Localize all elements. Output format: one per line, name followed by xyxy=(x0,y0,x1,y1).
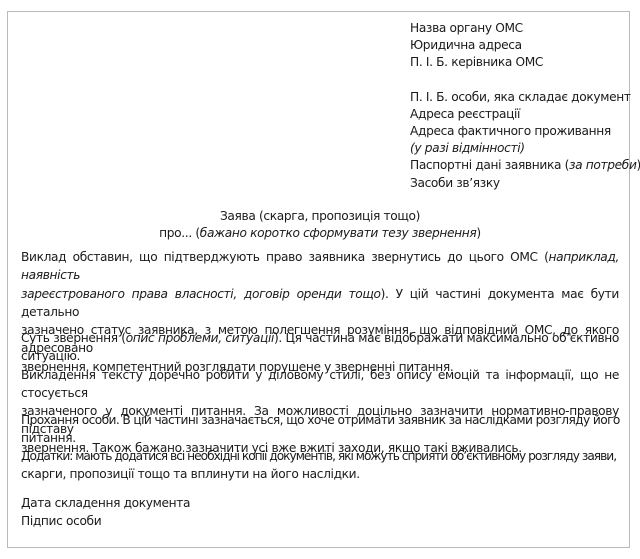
signature-line: Підпис особи xyxy=(21,512,619,530)
document-subject: про... (бажано коротко сформувати тезу з… xyxy=(0,224,640,242)
footer-block: Дата складення документа Підпис особи xyxy=(21,494,619,531)
recipient-legal-address: Юридична адреса xyxy=(410,37,640,54)
sender-contacts: Засоби зв’язку xyxy=(410,175,640,192)
address-block: Назва органу ОМС Юридична адреса П. І. Б… xyxy=(410,20,640,192)
sender-name: П. І. Б. особи, яка складає документ xyxy=(410,89,640,106)
sender-passport: Паспортні дані заявника (за потреби) xyxy=(410,157,640,174)
spacer xyxy=(410,72,640,89)
sender-registration-address: Адреса реєстрації xyxy=(410,106,640,123)
paragraph-request: Прохання особи. В цій частині зазначаєть… xyxy=(21,411,619,448)
paragraph-attachments: Додатки: мають додатися всі необхідні ко… xyxy=(21,447,619,484)
date-line: Дата складення документа xyxy=(21,494,619,512)
sender-address-note: (у разі відмінності) xyxy=(410,140,640,157)
document-title: Заява (скарга, пропозиція тощо) xyxy=(0,207,640,225)
recipient-name: Назва органу ОМС xyxy=(410,20,640,37)
sender-actual-address: Адреса фактичного проживання xyxy=(410,123,640,140)
recipient-head-name: П. І. Б. керівника ОМС xyxy=(410,54,640,71)
